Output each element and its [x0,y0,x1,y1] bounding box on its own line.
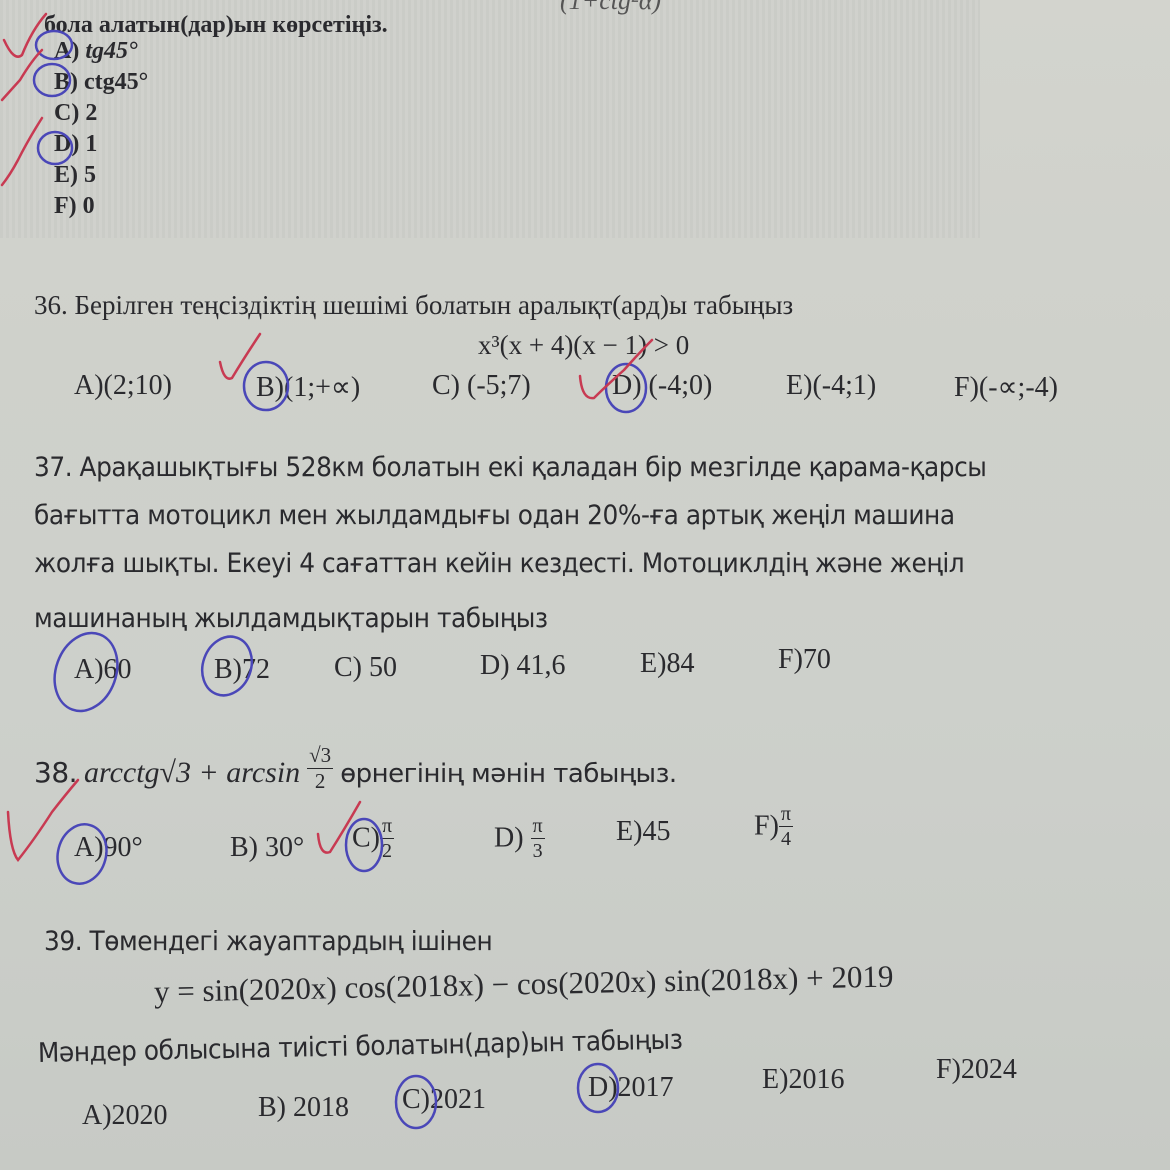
q36-option-e[interactable]: E)(-4;1) [786,370,876,402]
option-label: C) [402,1084,430,1115]
option-label: E) [616,816,642,847]
fraction-denominator: 3 [531,839,545,861]
option-label: B) [258,1092,286,1123]
q35-option-c[interactable]: C) 2 [54,98,148,129]
q36-option-f[interactable]: F)(-∝;-4) [954,370,1058,404]
q35-prompt: бола алатын(дар)ын көрсетіңіз. [44,12,388,39]
option-label: C) [54,100,79,126]
option-label: E) [54,162,78,188]
q39-option-f[interactable]: F)2024 [936,1054,1017,1086]
option-value: 2017 [618,1072,674,1103]
q39-option-a[interactable]: A)2020 [82,1100,168,1132]
q39-subtitle: Мәндер облысына тиісті болатын(дар)ын та… [38,1025,683,1069]
q38-option-b[interactable]: B) 30° [230,832,304,864]
option-value: 2024 [961,1054,1017,1085]
q38-option-c[interactable]: C)π2 [352,816,394,861]
option-fraction: π4 [779,804,793,849]
option-value: 2 [85,100,97,126]
q35-option-e[interactable]: E) 5 [54,160,148,191]
option-value: 72 [242,654,270,685]
q37-line-2: бағытта мотоцикл мен жылдамдығы одан 20%… [34,500,955,531]
q36-option-a[interactable]: A)(2;10) [74,370,172,402]
option-label: A) [54,38,79,64]
q35-option-d[interactable]: D) 1 [54,129,148,160]
q36-option-b[interactable]: B)(1;+∝) [256,370,360,404]
q39-option-c[interactable]: C)2021 [402,1084,486,1116]
option-label: B) [54,69,78,95]
option-label: D) [480,650,510,681]
option-value: tg45° [85,38,137,64]
option-label: B) [214,654,242,685]
option-value: (-4;1) [812,370,876,401]
option-label: A) [74,654,104,685]
option-label: D) [612,370,642,401]
option-label: E) [640,648,666,679]
q37-option-d[interactable]: D) 41,6 [480,650,566,682]
option-label: D) [54,131,79,157]
q37-option-a[interactable]: A)60 [74,654,132,686]
fraction-numerator: π [779,804,793,827]
option-value: (1;+∝) [284,372,360,403]
option-label: A) [82,1100,112,1131]
fraction-numerator: √3 [307,745,333,769]
option-value: 90° [104,832,143,863]
q36-expression: x³(x + 4)(x − 1) > 0 [478,330,689,361]
q38-number: 38. [34,756,77,789]
q37-line-3: жолға шықты. Екеуі 4 сағаттан кейін кезд… [34,548,964,579]
q38-fraction: √32 [307,745,333,792]
fraction-denominator: 4 [779,827,793,849]
option-value: 2020 [112,1100,168,1131]
option-value: 84 [666,648,694,679]
option-fraction: π3 [531,816,545,861]
option-label: E) [762,1064,788,1095]
option-value: 70 [803,644,831,675]
option-label: D) [588,1072,618,1103]
option-value: (-∝;-4) [979,372,1058,403]
option-label: F) [954,372,979,403]
option-value: 2018 [293,1092,349,1123]
option-value: 5 [84,162,96,188]
option-value: 2016 [788,1064,844,1095]
q35-options: A) tg45° B) ctg45° C) 2 D) 1 E) 5 F) 0 [54,36,148,222]
fraction-denominator: 2 [307,769,333,792]
q37-option-e[interactable]: E)84 [640,648,694,680]
q38-option-f[interactable]: F)π4 [754,804,793,849]
option-label: D) [494,823,524,854]
option-value: 45 [642,816,670,847]
q37-option-f[interactable]: F)70 [778,644,831,676]
option-label: B) [230,832,258,863]
q35-option-f[interactable]: F) 0 [54,191,148,222]
option-value: 60 [104,654,132,685]
q39-title: 39. Төмендегі жауаптардың ішінен [44,926,492,957]
option-label: C) [352,823,380,854]
q37-line-4: машинаның жылдамдықтарын табыңыз [34,603,548,634]
q38-option-d[interactable]: D) π3 [494,816,545,861]
check-q36-b [220,334,260,379]
option-label: F) [778,644,803,675]
q37-option-c[interactable]: C) 50 [334,652,397,684]
q36-option-c[interactable]: C) (-5;7) [432,370,531,402]
option-value: (-5;7) [467,370,531,401]
option-label: C) [432,370,460,401]
option-value: 0 [83,193,95,219]
option-label: C) [334,652,362,683]
q35-option-b[interactable]: B) ctg45° [54,67,148,98]
fraction-denominator: 2 [380,839,394,861]
previous-expression-fragment: (1+ctg²α) [560,0,661,16]
q37-line-1: 37. Арақашықтығы 528км болатын екі қалад… [34,452,986,483]
option-value: (2;10) [104,370,172,401]
fraction-numerator: π [531,816,545,839]
option-fraction: π2 [380,816,394,861]
q36-title: 36. Берілген теңсіздіктің шешімі болатын… [34,290,793,321]
q36-option-d[interactable]: D) (-4;0) [612,370,712,402]
q38-title-tail: өрнегінің мәнін табыңыз. [340,759,677,789]
option-value: (-4;0) [649,370,713,401]
option-value: 30° [265,832,304,863]
q39-expression: y = sin(2020x) cos(2018x) − cos(2020x) s… [154,959,894,1010]
option-label: F) [754,811,779,842]
q38-option-a[interactable]: A)90° [74,832,143,864]
option-value: ctg45° [84,69,148,95]
q38-title: 38. arcctg√3 + arcsin √32 өрнегінің мәні… [34,756,677,792]
option-label: A) [74,832,104,863]
q39-option-d[interactable]: D)2017 [588,1072,674,1104]
option-value: 1 [85,131,97,157]
option-label: A) [74,370,104,401]
fraction-numerator: π [380,816,394,839]
option-value: 41,6 [517,650,566,681]
q39-option-e[interactable]: E)2016 [762,1064,844,1096]
q38-expression: arcctg√3 + arcsin [84,756,300,789]
option-label: B) [256,372,284,403]
option-label: E) [786,370,812,401]
option-label: F) [54,193,77,219]
q35-option-a[interactable]: A) tg45° [54,36,148,67]
option-value: 2021 [430,1084,486,1115]
q38-option-e[interactable]: E)45 [616,816,670,848]
q37-option-b[interactable]: B)72 [214,654,270,686]
q39-option-b[interactable]: B) 2018 [258,1092,349,1124]
option-label: F) [936,1054,961,1085]
option-value: 50 [369,652,397,683]
